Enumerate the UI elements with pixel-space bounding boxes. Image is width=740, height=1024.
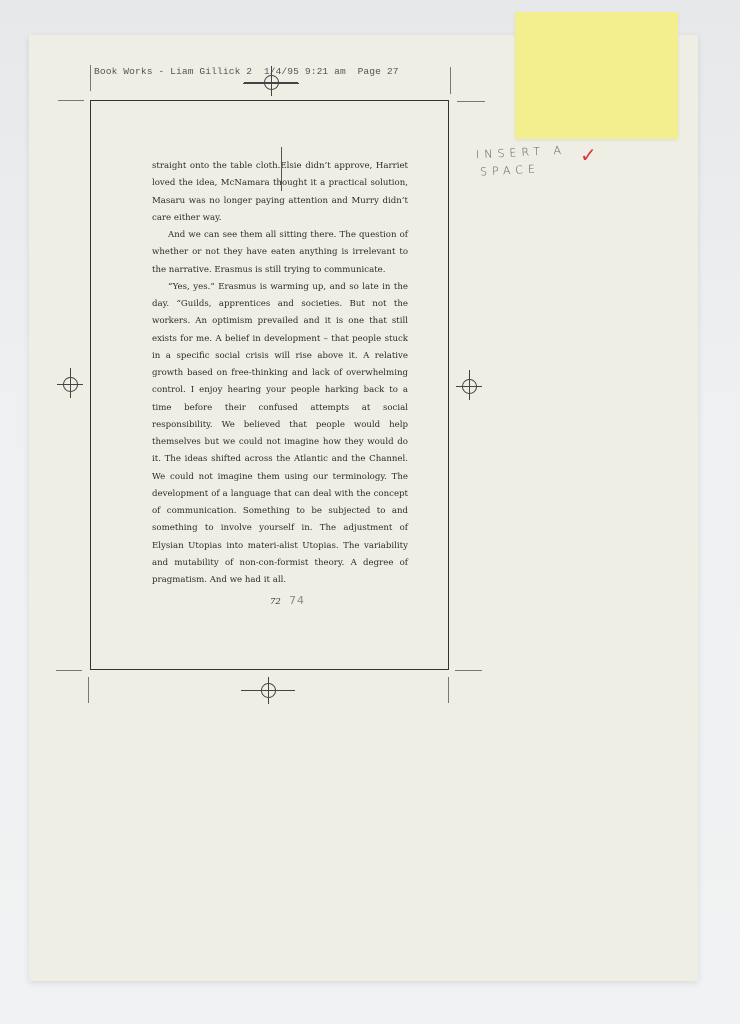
crop-mark-bottom-left-horizontal bbox=[56, 670, 82, 671]
pencil-insert-mark bbox=[281, 147, 282, 191]
crop-mark-bottom-left-vertical bbox=[88, 677, 89, 703]
printed-page-number: 72 bbox=[270, 597, 281, 607]
crop-mark-bottom-right-vertical bbox=[448, 677, 449, 703]
crop-mark-bottom-right-horizontal bbox=[455, 670, 482, 671]
crop-mark-top-left-horizontal bbox=[58, 100, 84, 101]
paragraph-1: straight onto the table cloth.Elsie didn… bbox=[152, 158, 408, 227]
crop-mark-top-left-vertical bbox=[90, 65, 91, 91]
sticky-note bbox=[515, 12, 678, 139]
check-mark-icon: ✓ bbox=[580, 143, 597, 167]
body-text: straight onto the table cloth.Elsie didn… bbox=[152, 158, 408, 589]
handwritten-page-number: 74 bbox=[289, 594, 305, 607]
crop-mark-top-right-vertical bbox=[450, 67, 451, 94]
paragraph-3: “Yes, yes.” Erasmus is warming up, and s… bbox=[152, 279, 408, 590]
running-head: Book Works - Liam Gillick 2 1/4/95 9:21 … bbox=[94, 66, 399, 77]
paragraph-2: And we can see them all sitting there. T… bbox=[152, 227, 408, 279]
crop-mark-top-right-horizontal bbox=[457, 101, 485, 102]
